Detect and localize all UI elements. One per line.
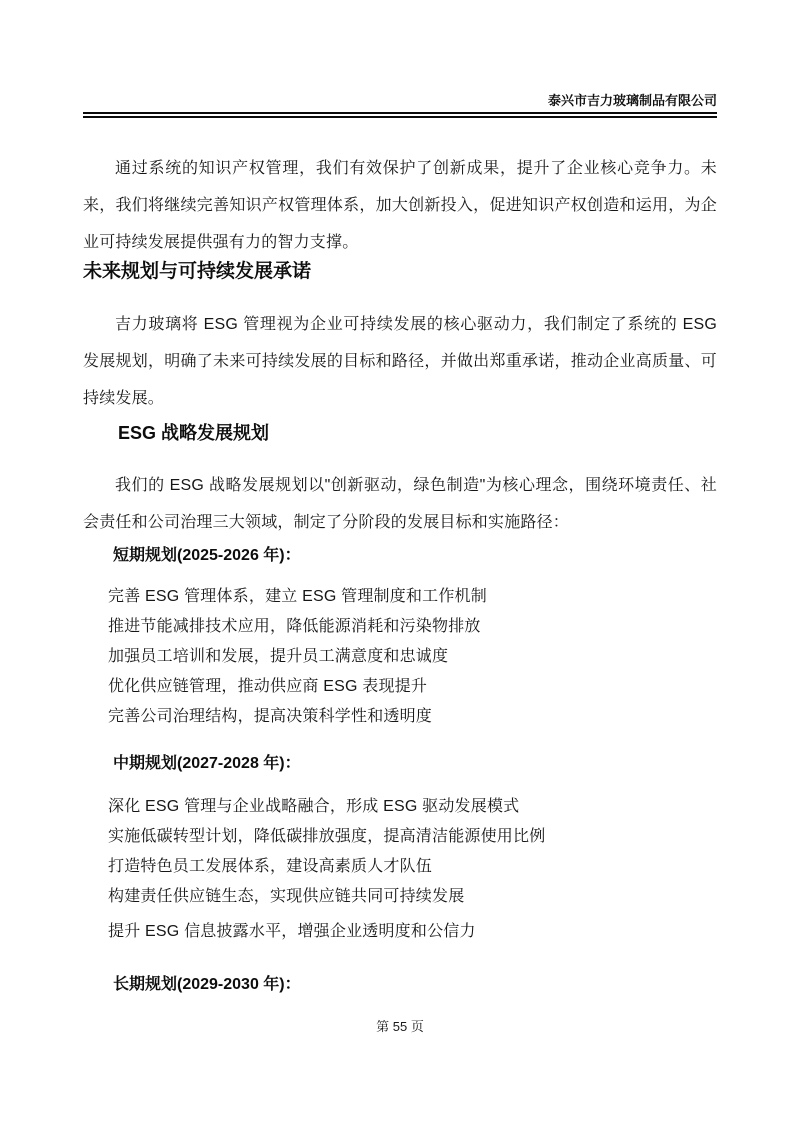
document-page: 泰兴市吉力玻璃制品有限公司 通过系统的知识产权管理，我们有效保护了创新成果，提升…: [0, 0, 800, 1131]
section-heading-future-plans: 未来规划与可持续发展承诺: [83, 259, 717, 285]
header-rule-bottom-line: [83, 116, 717, 118]
header-double-rule: [83, 112, 717, 118]
plan-item: 构建责任供应链生态，实现供应链共同可持续发展: [108, 882, 717, 912]
plan-title-long-term: 长期规划(2029-2030 年)：: [113, 973, 717, 997]
header-rule-top-line: [83, 112, 717, 114]
page-number: 第 55 页: [83, 1019, 717, 1035]
page-header-company-name: 泰兴市吉力玻璃制品有限公司: [83, 0, 717, 108]
sub-paragraph: 我们的 ESG 战略发展规划以"创新驱动，绿色制造"为核心理念，围绕环境责任、社…: [83, 467, 717, 541]
section-paragraph: 吉力玻璃将 ESG 管理视为企业可持续发展的核心驱动力，我们制定了系统的 ESG…: [83, 306, 717, 417]
plan-item: 完善 ESG 管理体系，建立 ESG 管理制度和工作机制: [108, 582, 717, 612]
plan-list-short-term: 完善 ESG 管理体系，建立 ESG 管理制度和工作机制 推进节能减排技术应用，…: [83, 582, 717, 732]
plan-item: 打造特色员工发展体系，建设高素质人才队伍: [108, 852, 717, 882]
sub-heading-esg-strategy: ESG 战略发展规划: [118, 421, 717, 446]
plan-item: 实施低碳转型计划，降低碳排放强度，提高清洁能源使用比例: [108, 822, 717, 852]
intro-paragraph: 通过系统的知识产权管理，我们有效保护了创新成果，提升了企业核心竞争力。未来，我们…: [83, 150, 717, 261]
plan-item: 完善公司治理结构，提高决策科学性和透明度: [108, 702, 717, 732]
plan-title-short-term: 短期规划(2025-2026 年)：: [113, 544, 717, 568]
plan-item: 优化供应链管理，推动供应商 ESG 表现提升: [108, 672, 717, 702]
plan-item: 加强员工培训和发展，提升员工满意度和忠诚度: [108, 642, 717, 672]
plan-item: 提升 ESG 信息披露水平，增强企业透明度和公信力: [108, 917, 717, 947]
plan-title-mid-term: 中期规划(2027-2028 年)：: [113, 752, 717, 776]
plan-list-mid-term: 深化 ESG 管理与企业战略融合，形成 ESG 驱动发展模式 实施低碳转型计划，…: [83, 792, 717, 947]
plan-item: 推进节能减排技术应用，降低能源消耗和污染物排放: [108, 612, 717, 642]
plan-item: 深化 ESG 管理与企业战略融合，形成 ESG 驱动发展模式: [108, 792, 717, 822]
